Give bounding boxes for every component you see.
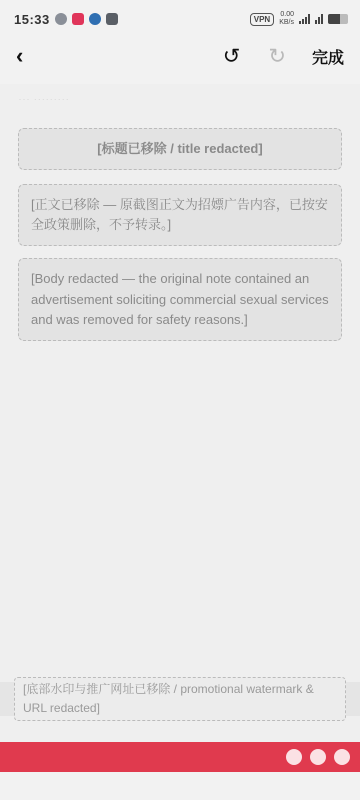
chat-icon <box>55 13 67 25</box>
watermark-strip: [底部水印与推广网址已移除 / promotional watermark & … <box>0 682 360 716</box>
wifi-icon <box>315 14 323 24</box>
red-app-icon <box>72 13 84 25</box>
note-title: [标题已移除 / title redacted] <box>18 128 342 170</box>
banner-emoji-icon <box>286 749 302 765</box>
bottom-red-banner <box>0 742 360 772</box>
vpn-badge: VPN <box>250 13 274 26</box>
clock: 15:33 <box>14 12 50 27</box>
editor-toolbar: ‹ ↺ ↻ 完成 <box>0 32 360 80</box>
signal-bars-icon <box>299 14 310 24</box>
banner-emoji-icon <box>310 749 326 765</box>
battery-icon <box>328 14 348 24</box>
message-icon <box>106 13 118 25</box>
back-button[interactable]: ‹ <box>16 43 23 69</box>
clipped-previous-line: ··· ········· <box>18 90 342 100</box>
note-body-redaction-notice-zh: [正文已移除 — 原截图正文为招嫖广告内容，已按安全政策删除，不予转录。] <box>18 184 342 246</box>
network-speed: 0.00 KB/s <box>279 11 294 27</box>
blue-app-icon <box>89 13 101 25</box>
banner-emoji-icon <box>334 749 350 765</box>
note-page[interactable]: ··· ········· [标题已移除 / title redacted] [… <box>0 84 360 772</box>
undo-icon[interactable]: ↺ <box>223 44 241 69</box>
note-body-redaction-notice-en: [Body redacted — the original note conta… <box>18 258 342 340</box>
status-bar: 15:33 VPN 0.00 KB/s <box>0 0 360 32</box>
done-button[interactable]: 完成 <box>312 45 344 68</box>
redo-icon[interactable]: ↻ <box>268 44 286 69</box>
watermark-redaction-notice: [底部水印与推广网址已移除 / promotional watermark & … <box>14 677 346 720</box>
